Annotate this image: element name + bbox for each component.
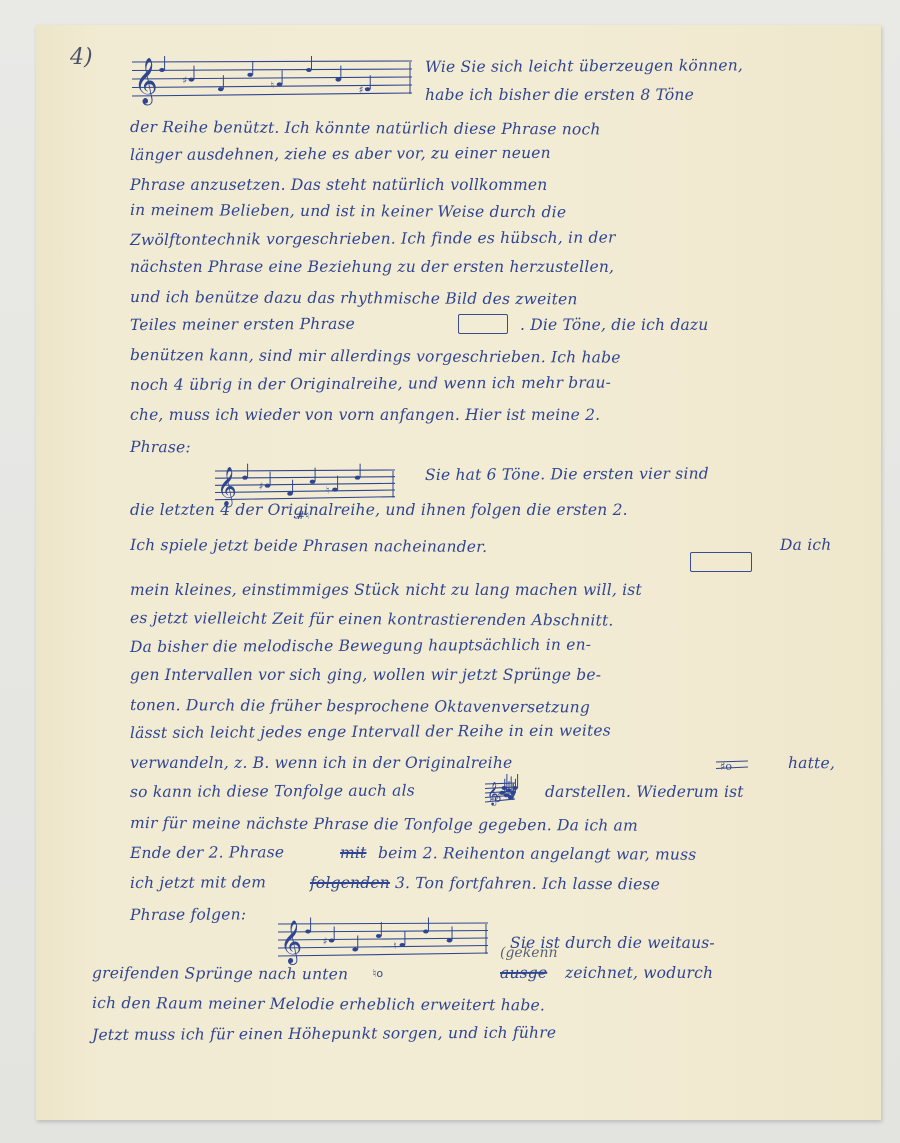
note-head <box>310 480 316 484</box>
treble-clef-icon: 𝄞 <box>280 919 302 965</box>
note-head <box>355 476 361 480</box>
note-head <box>277 82 283 86</box>
note-head <box>352 948 358 952</box>
text-line: Wie Sie sich leicht überzeugen können, <box>425 56 743 76</box>
note-head <box>365 87 371 91</box>
text-line: 3. Ton fortfahren. Ich lasse diese <box>395 874 660 893</box>
svg-text:♮: ♮ <box>393 941 397 952</box>
treble-clef-icon: 𝄞 <box>134 58 158 106</box>
rhythm-placeholder-box-2 <box>690 552 752 572</box>
note-head <box>376 934 382 938</box>
text-line: benützen kann, sind mir allerdings vorge… <box>130 346 621 367</box>
page-number: 4) <box>70 45 93 70</box>
note-head <box>189 78 195 82</box>
text-line: Zwölftontechnik vorgeschrieben. Ich find… <box>130 228 616 249</box>
note-head <box>332 488 338 492</box>
note-head <box>306 68 312 72</box>
note-head <box>447 939 453 943</box>
rhythm-placeholder-box-1 <box>458 314 508 334</box>
notation-annotation: ♮o <box>373 967 384 980</box>
text-line: Jetzt muss ich für einen Höhepunkt sorge… <box>92 1024 556 1044</box>
svg-text:♯: ♯ <box>359 85 364 96</box>
text-line: . Die Töne, die ich dazu <box>520 316 708 334</box>
interval-example-1: ♯o <box>716 758 748 772</box>
svg-text:♮: ♮ <box>271 80 275 91</box>
text-line: länger ausdehnen, ziehe es aber vor, zu … <box>130 144 551 164</box>
note-head <box>335 78 341 82</box>
svg-text:♯: ♯ <box>182 76 187 87</box>
text-line: Phrase anzusetzen. Das steht natürlich v… <box>130 176 548 194</box>
svg-text:♮: ♮ <box>326 486 330 497</box>
text-line: zeichnet, wodurch <box>565 964 713 982</box>
text-line: habe ich bisher die ersten 8 Töne <box>425 86 694 104</box>
text-line: Teiles meiner ersten Phrase <box>130 315 355 334</box>
text-line: ich den Raum meiner Melodie erheblich er… <box>92 994 545 1014</box>
text-line: Da bisher die melodische Bewegung haupts… <box>130 636 591 656</box>
text-line: verwandeln, z. B. wenn ich in der Origin… <box>130 754 512 772</box>
text-line: mir für meine nächste Phrase die Tonfolg… <box>130 814 638 835</box>
text-line: nächsten Phrase eine Beziehung zu der er… <box>130 258 614 276</box>
text-line: Da ich <box>780 536 832 554</box>
text-line: Phrase folgen: <box>130 905 246 924</box>
text-line: Sie hat 6 Töne. Die ersten vier sind <box>425 465 709 484</box>
text-line: und ich benütze dazu das rhythmische Bil… <box>130 288 578 308</box>
text-line: es jetzt vielleicht Zeit für einen kontr… <box>130 609 614 630</box>
note-head <box>305 930 311 934</box>
note-head <box>265 484 271 488</box>
svg-text:♯o: ♯o <box>720 760 732 773</box>
struck-text: folgenden <box>310 874 390 892</box>
note-head <box>423 930 429 934</box>
notation-annotation: #♮ <box>296 509 309 522</box>
text-line: beim 2. Reihenton angelangt war, muss <box>378 844 697 864</box>
text-line: Phrase: <box>130 438 191 456</box>
text-line: Ende der 2. Phrase <box>130 843 284 862</box>
interval-example-2: 𝄞♯♮♯o <box>485 780 515 804</box>
text-line: so kann ich diese Tonfolge auch als <box>130 782 415 801</box>
text-line: darstellen. Wiederum ist <box>545 783 744 801</box>
text-line: Ich spiele jetzt beide Phrasen nacheinan… <box>130 536 487 556</box>
note-head <box>218 87 224 91</box>
text-line: gen Intervallen vor sich ging, wollen wi… <box>130 666 601 684</box>
phrase-3-staff: 𝄞♯♮♮o <box>278 920 488 965</box>
struck-text: ausge <box>500 964 547 982</box>
struck-text: mit <box>340 844 366 862</box>
notation-label: ♯o <box>489 792 501 805</box>
note-head <box>329 939 335 943</box>
note-head <box>242 476 248 480</box>
text-line: mein kleines, einstimmiges Stück nicht z… <box>130 581 642 599</box>
svg-text:♯: ♯ <box>323 937 328 948</box>
note-head <box>247 73 253 77</box>
phrase-2-staff: 𝄞♯♮#♮ <box>215 467 395 507</box>
text-line: che, muss ich wieder von vorn anfangen. … <box>130 406 600 424</box>
text-line: lässt sich leicht jedes enge Intervall d… <box>130 721 611 742</box>
note-head <box>159 68 165 72</box>
note-head <box>399 943 405 947</box>
phrase-1-staff: 𝄞♯♮♯ <box>132 58 412 113</box>
text-line: tonen. Durch die früher besprochene Okta… <box>130 696 590 716</box>
text-line: ich jetzt mit dem <box>130 873 266 892</box>
text-line: in meinem Belieben, und ist in keiner We… <box>130 201 566 221</box>
treble-clef-icon: 𝄞 <box>217 467 237 508</box>
pencil-insertion: (gekenn <box>500 945 558 961</box>
text-line: noch 4 übrig in der Originalreihe, und w… <box>130 373 611 394</box>
text-line: hatte, <box>788 754 835 772</box>
note-head <box>287 492 293 496</box>
svg-text:♯: ♯ <box>259 482 264 493</box>
